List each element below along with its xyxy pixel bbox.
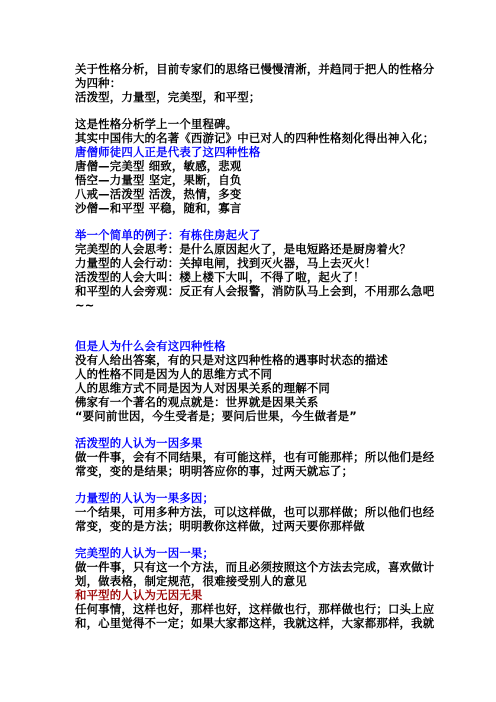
character-item-bajie: 八戒—活泼型 活泼，热情，多变: [75, 187, 425, 201]
character-item-tangseng: 唐僧—完美型 细致，敏感，悲观: [75, 159, 425, 173]
document-page: 关于性格分析，目前专家们的思络已慢慢清淅，并趋同于把人的性格分 为四种： 活泼型…: [0, 0, 496, 702]
powerful-line: 常变，变的是方法；明明教你这样做，过两天要你那样做: [75, 519, 425, 533]
example-line: 和平型的人会旁观：反正有人会报警，消防队马上会到，不用那么急吧: [75, 284, 425, 298]
perfect-line: 划，做表格，制定规范，很难接受别人的意见: [75, 574, 425, 588]
section-heading-lively: 活泼型的人认为一因多果: [75, 436, 425, 450]
example-line: 活泼型的人会大叫：楼上楼下大叫，不得了啦，起火了！: [75, 270, 425, 284]
why-line: 人的性格不同是因为人的思维方式不同: [75, 367, 425, 381]
lively-line: 做一件事，会有不同结果，有可能这样，也有可能那样；所以他们是经: [75, 450, 425, 464]
intro-types-line: 活泼型，力量型，完美型，和平型；: [75, 90, 425, 104]
lively-line: 常变，变的是结果；明明答应你的事，过两天就忘了；: [75, 464, 425, 478]
buddhist-quote: “要问前世因，今生受者是；要问后世果，今生做者是”: [75, 409, 425, 423]
section-heading-why: 但是人为什么会有这四种性格: [75, 339, 425, 353]
example-line: ~~: [75, 298, 425, 312]
why-line: 佛家有一个著名的观点就是：世界就是因果关系: [75, 395, 425, 409]
section-heading-four-characters: 唐僧师徒四人正是代表了这四种性格: [75, 145, 425, 159]
intro-line: 关于性格分析，目前专家们的思络已慢慢清淅，并趋同于把人的性格分: [75, 62, 425, 76]
peaceful-line: 任何事情，这样也好，那样也好，这样做也行，那样做也行；口头上应: [75, 602, 425, 616]
example-line: 力量型的人会行动：关掉电闸，找到灭火器，马上去灭火！: [75, 256, 425, 270]
why-line: 人的思维方式不同是因为人对因果关系的理解不同: [75, 381, 425, 395]
why-line: 没有人给出答案，有的只是对这四种性格的遇事时状态的描述: [75, 353, 425, 367]
section-heading-powerful: 力量型的人认为一果多因；: [75, 491, 425, 505]
section-heading-perfect: 完美型的人认为一因一果；: [75, 546, 425, 560]
journey-west-line: 其实中国伟大的名著《西游记》中已对人的四种性格刻化得出神入化；: [75, 131, 425, 145]
milestone-line: 这是性格分析学上一个里程碑。: [75, 117, 425, 131]
powerful-line: 一个结果，可用多种方法，可以这样做，也可以那样做；所以他们也经: [75, 505, 425, 519]
intro-line: 为四种：: [75, 76, 425, 90]
section-heading-peaceful: 和平型的人认为无因无果: [75, 588, 425, 602]
peaceful-line: 和，心里觉得不一定；如果大家都这样，我就这样，大家都那样，我就: [75, 616, 425, 630]
example-line: 完美型的人会思考：是什么原因起火了，是电短路还是厨房着火？: [75, 242, 425, 256]
character-item-wukong: 悟空—力量型 坚定，果断，自负: [75, 173, 425, 187]
section-heading-example: 举一个简单的例子：有栋住房起火了: [75, 228, 425, 242]
character-item-shaseng: 沙僧—和平型 平稳，随和，寡言: [75, 201, 425, 215]
perfect-line: 做一件事，只有这一个方法，而且必须按照这个方法去完成，喜欢做计: [75, 560, 425, 574]
